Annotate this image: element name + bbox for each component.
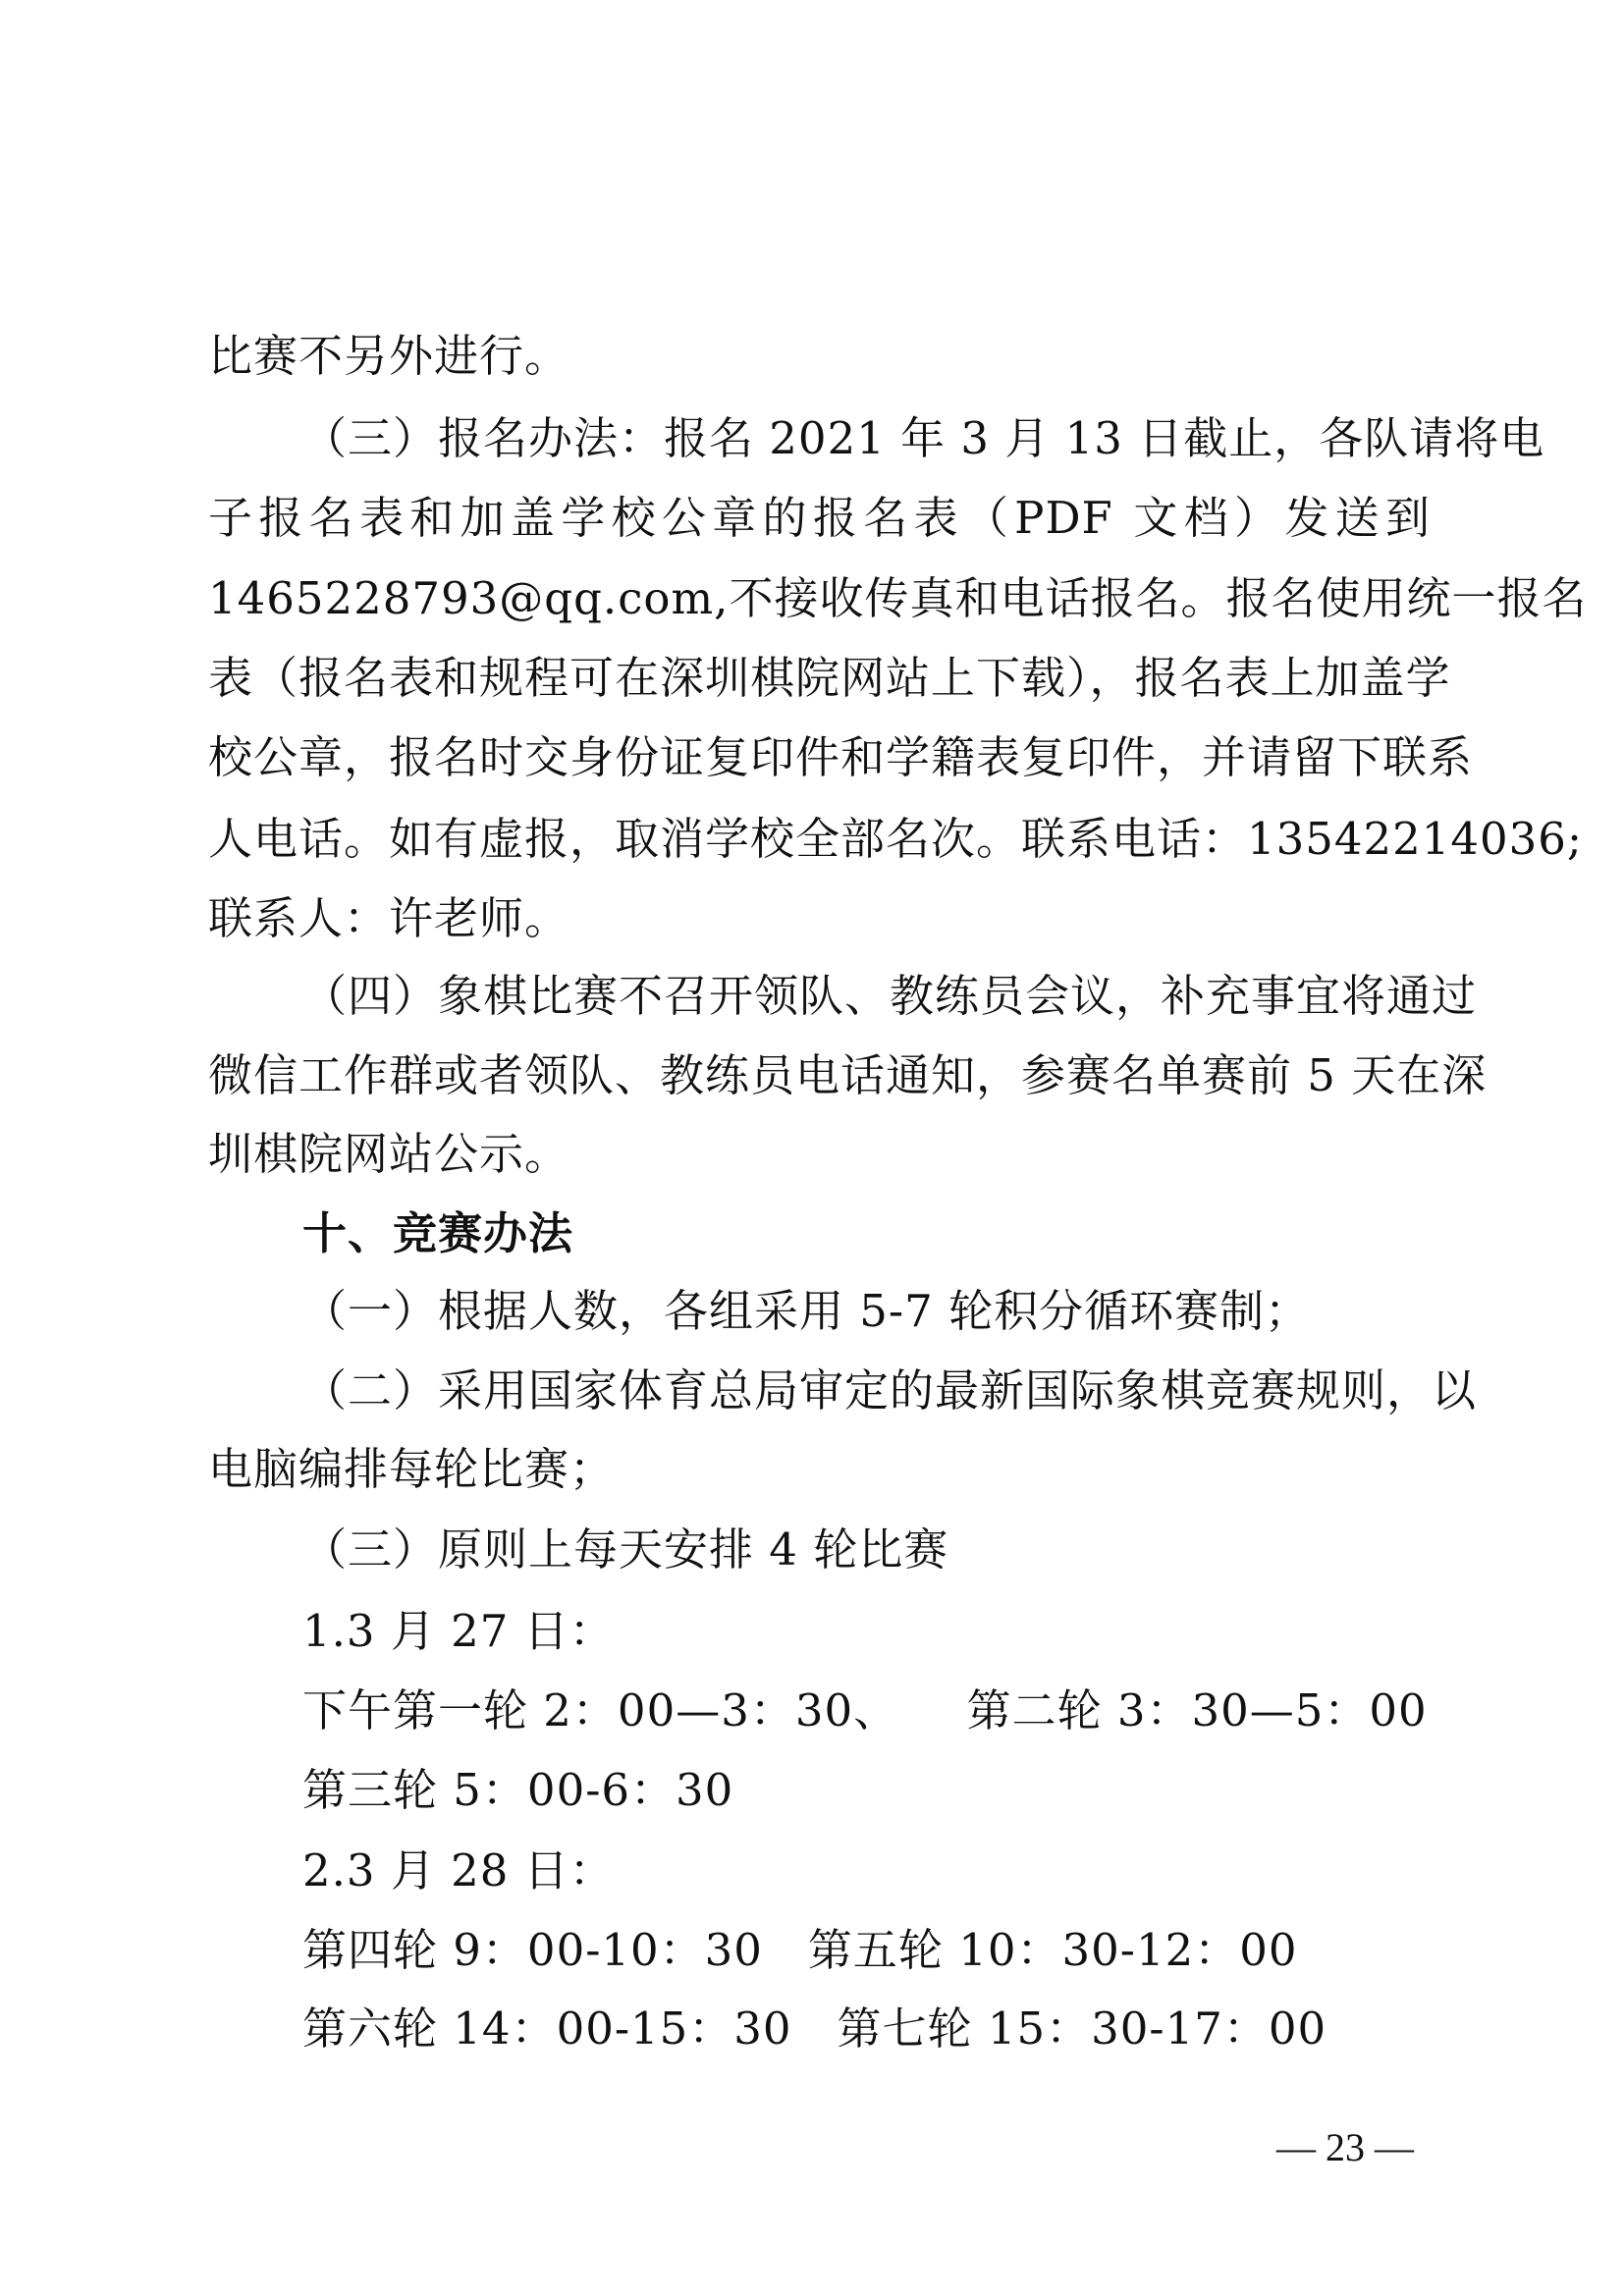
schedule-round-3: 第三轮 5：00-6：30 — [302, 1761, 1525, 1820]
paragraph-registration-email-line: 1465228793@qq.com,不接收传真和电话报名。报名使用统一报名 — [208, 569, 1431, 628]
paragraph-registration-phone-line: 人电话。如有虚报，取消学校全部名次。联系电话：13542214036; — [208, 810, 1431, 869]
schedule-rounds-4-5: 第四轮 9：00-10：30 第五轮 10：30-12：00 — [302, 1921, 1525, 1980]
rule-item-1: （一）根据人数，各组采用 5-7 轮积分循环赛制； — [302, 1282, 1431, 1341]
paragraph-line-continuation: 比赛不另外进行。 — [208, 327, 1431, 386]
schedule-day-2-label: 2.3 月 28 日： — [302, 1842, 1525, 1900]
paragraph-meeting-line-3: 圳棋院网站公示。 — [208, 1125, 1431, 1184]
paragraph-registration-line-2: 子报名表和加盖学校公章的报名表（PDF 文档）发送到 — [208, 489, 1431, 548]
schedule-rounds-6-7: 第六轮 14：00-15：30 第七轮 15：30-17：00 — [302, 2000, 1525, 2058]
document-page: 比赛不另外进行。 （三）报名办法：报名 2021 年 3 月 13 日截止，各队… — [0, 0, 1624, 2296]
paragraph-registration-line-1: （三）报名办法：报名 2021 年 3 月 13 日截止，各队请将电 — [302, 409, 1431, 468]
page-number: — 23 — — [1276, 2123, 1414, 2172]
paragraph-registration-line-5: 校公章，报名时交身份证复印件和学籍表复印件，并请留下联系 — [208, 728, 1431, 787]
rule-item-2-line-2: 电脑编排每轮比赛； — [208, 1440, 1431, 1499]
paragraph-registration-contact-line: 联系人：许老师。 — [208, 889, 1431, 948]
schedule-day-1-label: 1.3 月 27 日： — [302, 1602, 1525, 1661]
section-heading-competition-method: 十、竞赛办法 — [302, 1204, 1525, 1263]
rule-item-2-line-1: （二）采用国家体育总局审定的最新国际象棋竞赛规则，以 — [302, 1362, 1431, 1420]
paragraph-registration-line-4: 表（报名表和规程可在深圳棋院网站上下载），报名表上加盖学 — [208, 649, 1431, 708]
schedule-rounds-1-2: 下午第一轮 2：00—3：30、 第二轮 3：30—5：00 — [302, 1682, 1525, 1740]
paragraph-meeting-line-2: 微信工作群或者领队、教练员电话通知，参赛名单赛前 5 天在深 — [208, 1046, 1431, 1105]
paragraph-meeting-line-1: （四）象棋比赛不召开领队、教练员会议，补充事宜将通过 — [302, 967, 1431, 1026]
rule-item-3: （三）原则上每天安排 4 轮比赛 — [302, 1521, 1431, 1579]
